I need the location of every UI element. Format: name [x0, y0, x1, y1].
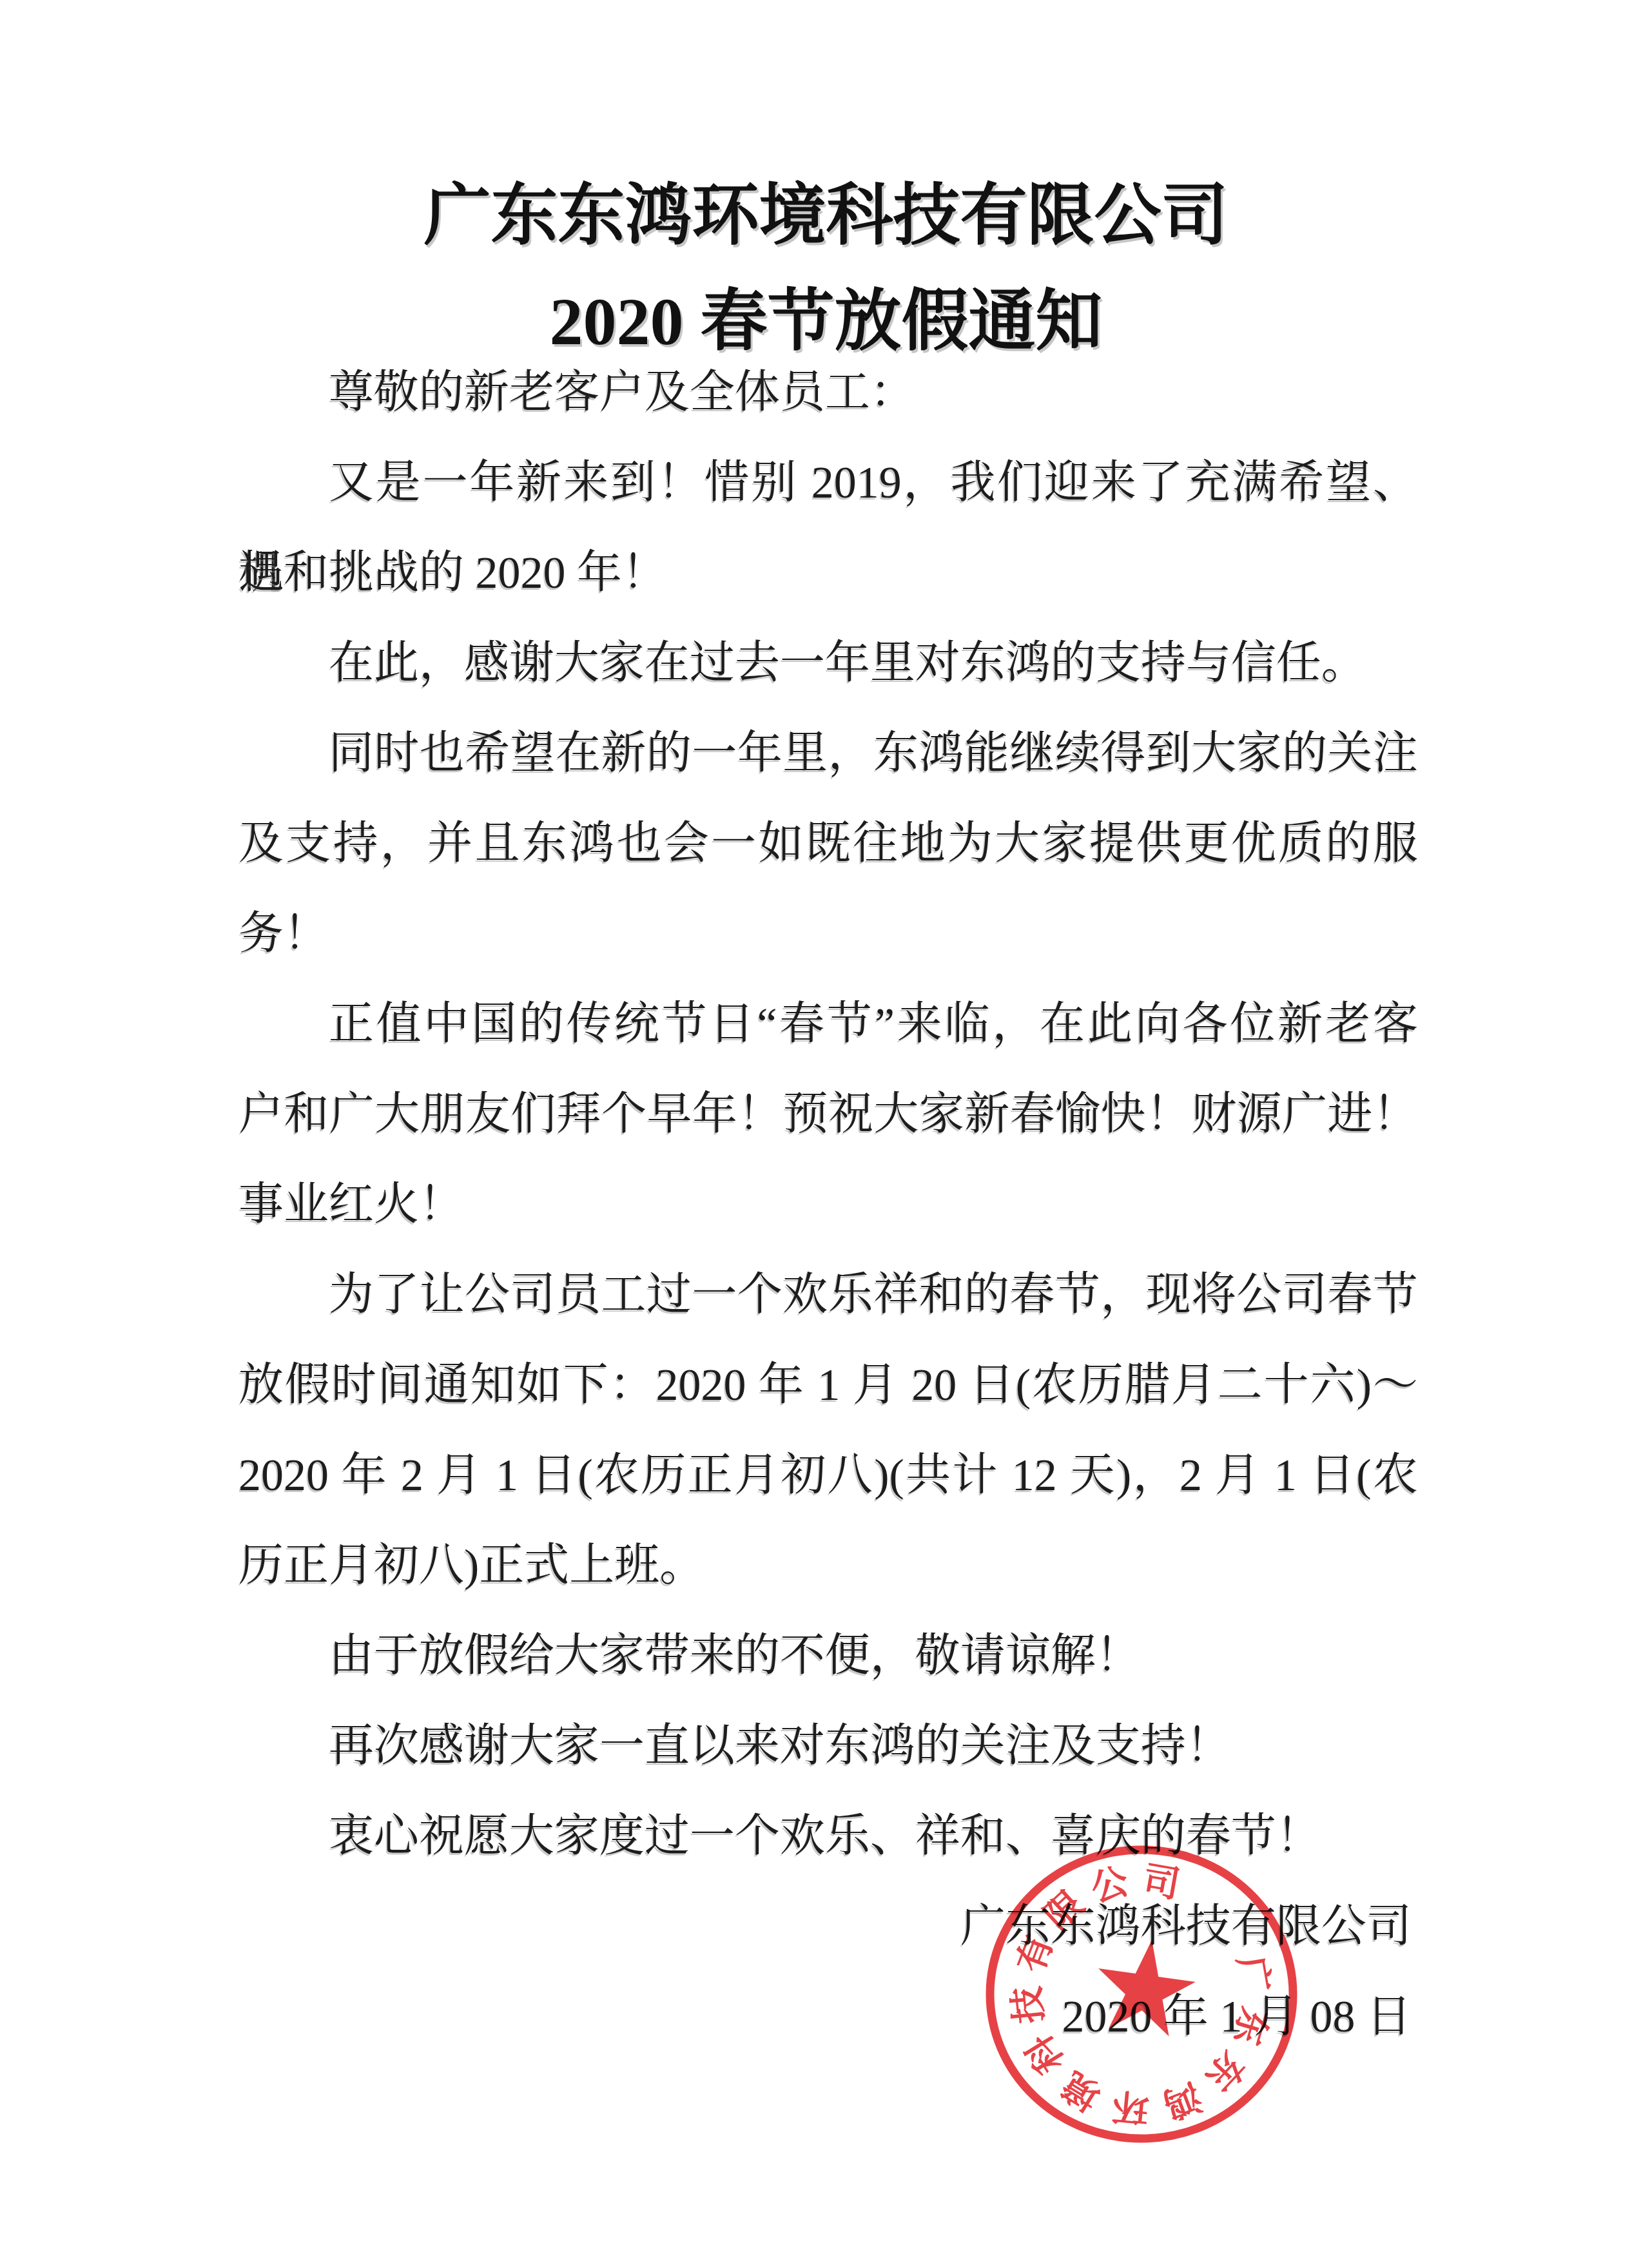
body-line-8: 正值中国的传统节日“春节”来临，在此向各位新老客	[238, 980, 1418, 1070]
document-page: 广东东鸿环境科技有限公司 2020 春节放假通知 尊敬的新老客户及全体员工：又是…	[0, 0, 1652, 2261]
stamp-text-char: 鸿	[1158, 2074, 1207, 2125]
stamp-text-char: 境	[1056, 2063, 1109, 2117]
page-title: 广东东鸿环境科技有限公司	[0, 175, 1652, 258]
stamp-text-char: 有	[1010, 1929, 1061, 1978]
stamp-text-char: 环	[1109, 2084, 1151, 2128]
body-line-2: 又是一年新来到！惜别 2019，我们迎来了充满希望、机	[238, 438, 1418, 529]
body-line-11: 为了让公司员工过一个欢乐祥和的春节，现将公司春节	[238, 1250, 1418, 1341]
body-line-9: 户和广大朋友们拜个早年！预祝大家新春愉快！财源广进！	[238, 1070, 1418, 1160]
stamp-text-char: 司	[1140, 1859, 1183, 1906]
notice-body-text: 尊敬的新老客户及全体员工：又是一年新来到！惜别 2019，我们迎来了充满希望、机…	[238, 348, 1418, 1882]
stamp-text-char: 限	[1038, 1884, 1093, 1939]
stamp-text-char: 公	[1086, 1861, 1132, 1910]
body-line-12: 放假时间通知如下：2020 年 1 月 20 日(农历腊月二十六)～	[238, 1341, 1418, 1431]
body-line-6: 及支持，并且东鸿也会一如既往地为大家提供更优质的服	[238, 799, 1418, 889]
company-stamp: 广东东鸿环境科技有限公司	[980, 1833, 1303, 2155]
body-line-15: 由于放假给大家带来的不便，敬请谅解！	[238, 1611, 1418, 1702]
red-star-icon	[1098, 1940, 1196, 2037]
stamp-text-char: 东	[1197, 2044, 1252, 2099]
body-line-1: 尊敬的新老客户及全体员工：	[238, 348, 1418, 438]
body-line-13: 2020 年 2 月 1 日(农历正月初八)(共计 12 天)，2 月 1 日(…	[238, 1431, 1418, 1521]
body-line-10: 事业红火！	[238, 1160, 1418, 1250]
stamp-text-char: 东	[1225, 2003, 1275, 2049]
stamp-text-char: 广	[1230, 1953, 1276, 1996]
stamp-text-char: 科	[1018, 2028, 1073, 2081]
body-line-7: 务！	[238, 889, 1418, 980]
stamp-text-char: 技	[1007, 1984, 1051, 2025]
body-line-3: 遇和挑战的 2020 年！	[238, 529, 1418, 619]
body-line-5: 同时也希望在新的一年里，东鸿能继续得到大家的关注	[238, 709, 1418, 799]
body-line-16: 再次感谢大家一直以来对东鸿的关注及支持！	[238, 1702, 1418, 1792]
body-line-14: 历正月初八)正式上班。	[238, 1521, 1418, 1611]
body-line-4: 在此，感谢大家在过去一年里对东鸿的支持与信任。	[238, 619, 1418, 709]
